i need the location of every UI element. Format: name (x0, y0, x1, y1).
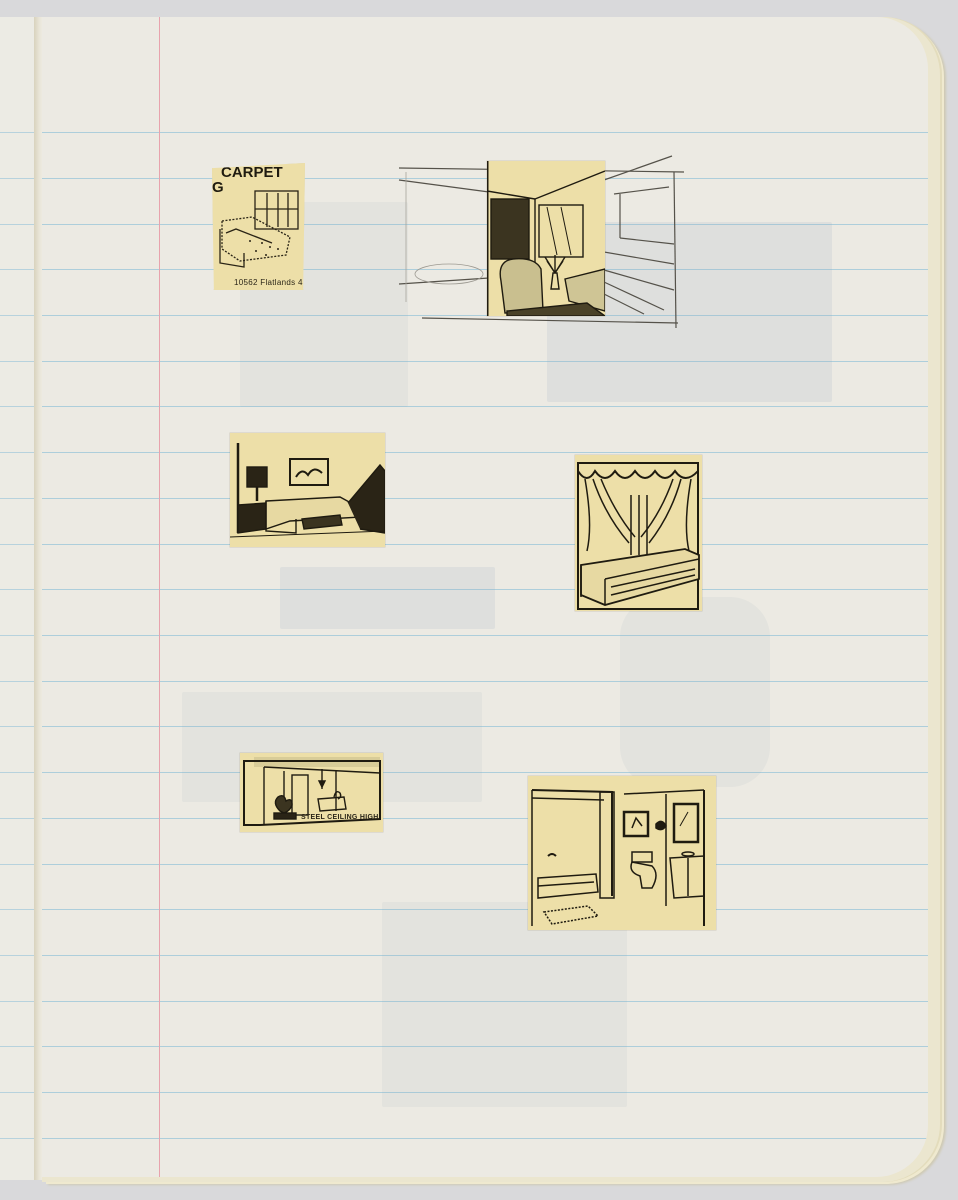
clipping-steel-ceiling: STEEL CEILING HIGH (240, 753, 383, 832)
clipping-sofa-lamp-room (230, 433, 385, 547)
show-through-ghost (382, 902, 627, 1107)
facing-page-edge (0, 17, 37, 1180)
clipping-bathroom (528, 776, 716, 930)
sofa-lamp-illustration (230, 433, 385, 547)
bathroom-illustration (528, 776, 716, 930)
show-through-ghost (280, 567, 495, 629)
clipping-curtained-sofa (575, 455, 702, 611)
clipping-living-room (487, 161, 605, 316)
show-through-ghost (620, 597, 770, 787)
notebook-page: CARPET G 10562 Flatlands 4 (42, 17, 928, 1177)
clipping-carpet-ad: CARPET G 10562 Flatlands 4 (212, 163, 305, 290)
red-margin-line (159, 17, 160, 1177)
curtain-sofa-illustration (575, 455, 702, 611)
living-room-illustration (487, 161, 605, 316)
carpet-room-illustration (212, 163, 305, 290)
